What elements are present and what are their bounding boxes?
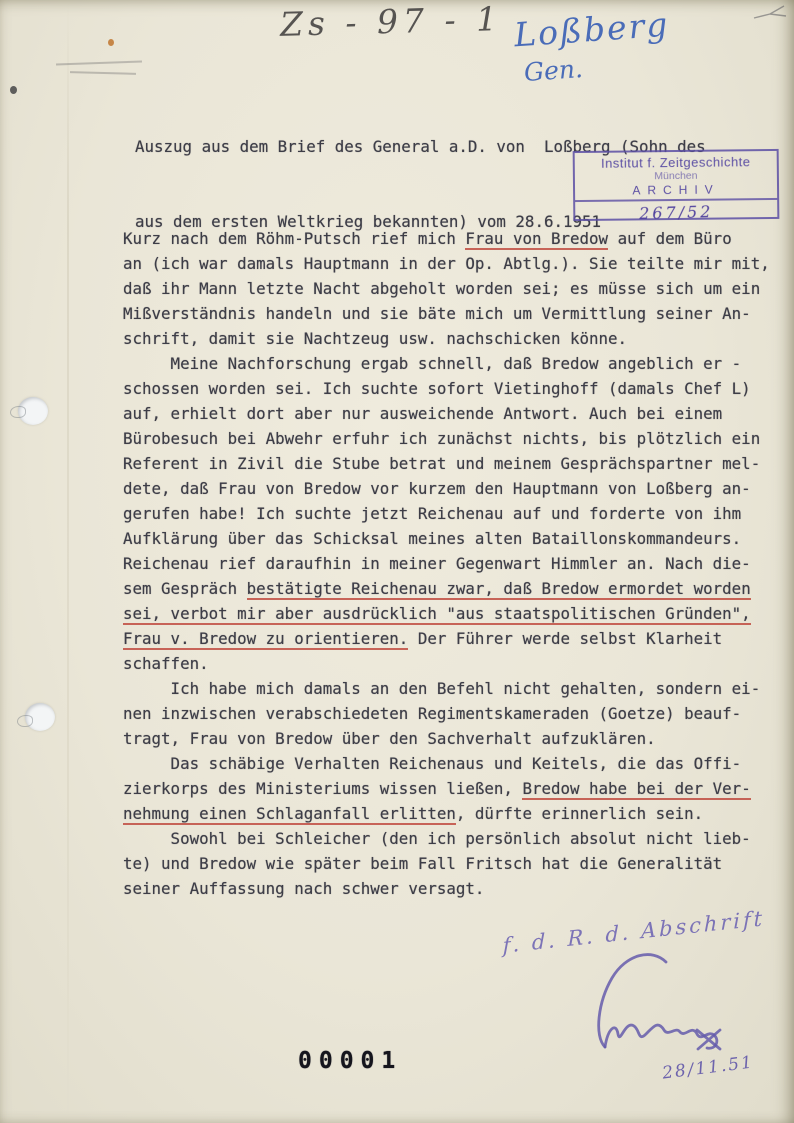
typed-text: Der Führer werde selbst Klarheit	[408, 629, 722, 648]
stamp-archiv-label: ARCHIV	[575, 182, 777, 198]
body-line: zierkorps des Ministeriums wissen ließen…	[123, 776, 770, 801]
typed-text: schrift, damit sie Nachtzeug usw. nachsc…	[123, 329, 627, 348]
body-line: daß ihr Mann letzte Nacht abgeholt worde…	[123, 276, 770, 301]
pencil-smudge	[70, 71, 136, 75]
typed-text: Sowohl bei Schleicher (den ich persönlic…	[123, 829, 751, 848]
punch-hole-tear	[10, 406, 26, 418]
red-underlined-text: sei, verbot mir aber ausdrücklich "aus s…	[123, 604, 751, 625]
typed-text: Kurz nach dem Röhm-Putsch rief mich	[123, 229, 465, 248]
body-line: Kurz nach dem Röhm-Putsch rief mich Frau…	[123, 226, 770, 251]
body-line: te) und Bredow wie später beim Fall Frit…	[123, 851, 770, 876]
typed-text: nen inzwischen verabschiedeten Regiments…	[123, 704, 741, 723]
body-line: Bürobesuch bei Abwehr erfuhr ich zunächs…	[123, 426, 770, 451]
body-line: sem Gespräch bestätigte Reichenau zwar, …	[123, 576, 770, 601]
page-number-stamp: 00001	[298, 1048, 402, 1074]
typed-text: Das schäbige Verhalten Reichenaus und Ke…	[123, 754, 741, 773]
red-underlined-text: bestätigte Reichenau zwar, daß Bredow er…	[247, 579, 751, 600]
body-line: tragt, Frau von Bredow über den Sachverh…	[123, 726, 770, 751]
handwritten-signature	[548, 944, 748, 1064]
archive-stamp: Institut f. Zeitgeschichte München ARCHI…	[573, 149, 780, 221]
body-line: sei, verbot mir aber ausdrücklich "aus s…	[123, 601, 770, 626]
stamp-city: München	[575, 169, 777, 183]
typed-text: Mißverständnis handeln und sie bäte mich…	[123, 304, 751, 323]
red-underlined-text: nehmung einen Schlaganfall erlitten	[123, 804, 456, 825]
typed-text: gerufen habe! Ich suchte jetzt Reichenau…	[123, 504, 741, 523]
typed-text: daß ihr Mann letzte Nacht abgeholt worde…	[123, 279, 760, 298]
body-line: nehmung einen Schlaganfall erlitten, dür…	[123, 801, 770, 826]
body-line: schrift, damit sie Nachtzeug usw. nachsc…	[123, 326, 770, 351]
typed-text: zierkorps des Ministeriums wissen ließen…	[123, 779, 522, 798]
handwritten-rank-annotation: Gen.	[523, 54, 584, 87]
handwritten-name-annotation: Loßberg	[513, 5, 671, 55]
red-underlined-text: Frau von Bredow	[465, 229, 608, 250]
typed-text: sem Gespräch	[123, 579, 247, 598]
typed-text: Referent in Zivil die Stube betrat und m…	[123, 454, 760, 473]
body-line: gerufen habe! Ich suchte jetzt Reichenau…	[123, 501, 770, 526]
body-line: Sowohl bei Schleicher (den ich persönlic…	[123, 826, 770, 851]
typed-text: schaffen.	[123, 654, 209, 673]
body-line: dete, daß Frau von Bredow vor kurzem den…	[123, 476, 770, 501]
body-line: an (ich war damals Hauptmann in der Op. …	[123, 251, 770, 276]
body-line: Meine Nachforschung ergab schnell, daß B…	[123, 351, 770, 376]
body-line: schaffen.	[123, 651, 770, 676]
typed-text: seiner Auffassung nach schwer versagt.	[123, 879, 484, 898]
body-line: auf, erhielt dort aber nur ausweichende …	[123, 401, 770, 426]
body-line: nen inzwischen verabschiedeten Regiments…	[123, 701, 770, 726]
body-line: Reichenau rief daraufhin in meiner Gegen…	[123, 551, 770, 576]
typed-text: Meine Nachforschung ergab schnell, daß B…	[123, 354, 741, 373]
typed-text: Bürobesuch bei Abwehr erfuhr ich zunächs…	[123, 429, 760, 448]
paper-crease	[67, 0, 69, 1123]
red-underlined-text: Frau v. Bredow zu orientieren.	[123, 629, 408, 650]
typed-text: an (ich war damals Hauptmann in der Op. …	[123, 254, 770, 273]
typed-text: Ich habe mich damals an den Befehl nicht…	[123, 679, 760, 698]
body-line: Frau v. Bredow zu orientieren. Der Führe…	[123, 626, 770, 651]
ink-speck	[10, 86, 17, 94]
typed-text: dete, daß Frau von Bredow vor kurzem den…	[123, 479, 751, 498]
scanned-document-page: Zs - 97 - 1 Loßberg Gen. Auszug aus dem …	[0, 0, 794, 1123]
body-line: Aufklärung über das Schicksal meines alt…	[123, 526, 770, 551]
typed-text: , dürfte erinnerlich sein.	[456, 804, 703, 823]
typed-text: auf dem Büro	[608, 229, 732, 248]
body-line: schossen worden sei. Ich suchte sofort V…	[123, 376, 770, 401]
paper-stain-dot	[108, 39, 114, 46]
body-line: Ich habe mich damals an den Befehl nicht…	[123, 676, 770, 701]
typed-text: auf, erhielt dort aber nur ausweichende …	[123, 404, 722, 423]
punch-hole-tear	[17, 715, 33, 727]
body-line: Das schäbige Verhalten Reichenaus und Ke…	[123, 751, 770, 776]
typed-text: Aufklärung über das Schicksal meines alt…	[123, 529, 741, 548]
body-line: Referent in Zivil die Stube betrat und m…	[123, 451, 770, 476]
handwritten-archive-number: Zs - 97 - 1	[280, 0, 503, 44]
body-line: seiner Auffassung nach schwer versagt.	[123, 876, 770, 901]
body-line: Mißverständnis handeln und sie bäte mich…	[123, 301, 770, 326]
pencil-corner-mark	[750, 2, 792, 26]
red-underlined-text: Bredow habe bei der Ver-	[522, 779, 750, 800]
typed-text: Reichenau rief daraufhin in meiner Gegen…	[123, 554, 751, 573]
body-text: Kurz nach dem Röhm-Putsch rief mich Frau…	[123, 226, 770, 901]
typed-text: tragt, Frau von Bredow über den Sachverh…	[123, 729, 656, 748]
stamp-reference-number: 267/52	[575, 200, 777, 225]
typed-text: schossen worden sei. Ich suchte sofort V…	[123, 379, 751, 398]
typed-text: te) und Bredow wie später beim Fall Frit…	[123, 854, 722, 873]
